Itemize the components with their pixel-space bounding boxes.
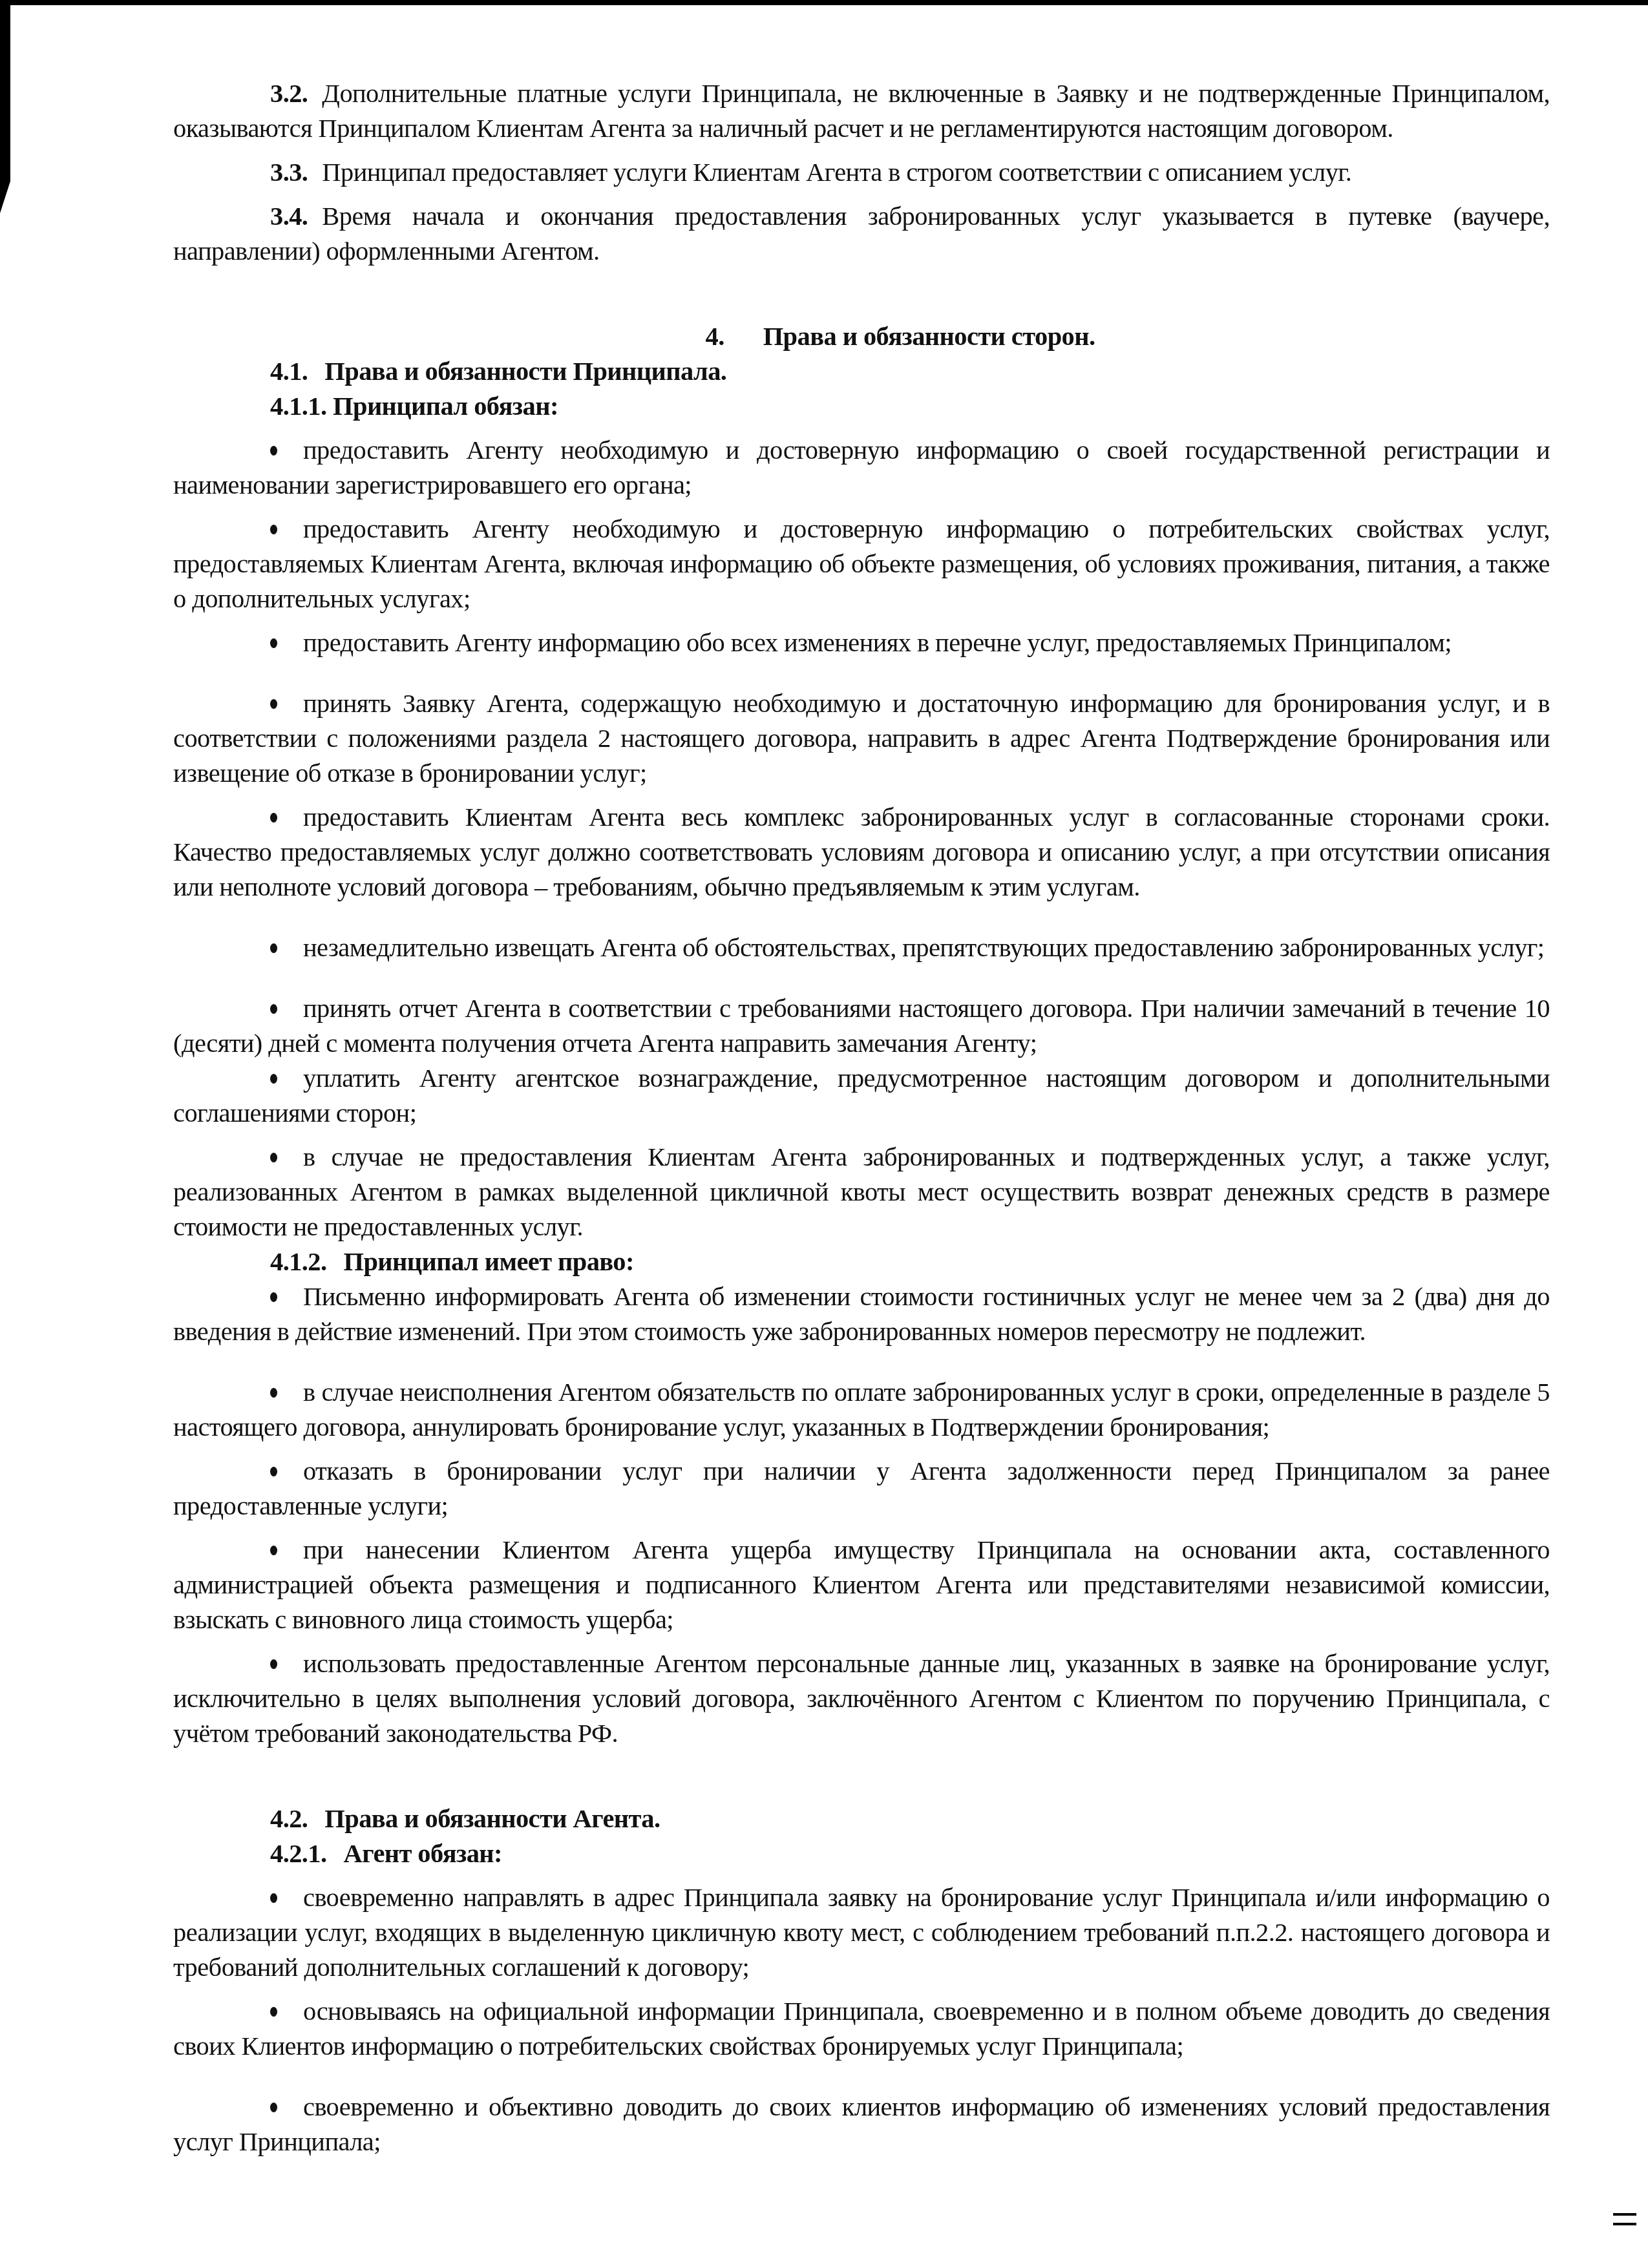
list-item-text: предоставить Агенту информацию обо всех … [303,628,1452,657]
list-item-text: незамедлительно извещать Агента об обсто… [303,933,1544,962]
principal-rights-list: Письменно информировать Агента об измене… [173,1279,1550,1751]
list-item-text: предоставить Клиентам Агента весь компле… [173,803,1550,901]
scan-edge-top [0,0,1648,5]
list-item: при нанесении Клиентом Агента ущерба иму… [173,1533,1550,1637]
bullet-icon [270,1074,277,1084]
bullet-icon [270,813,277,823]
document-page: 3.2.Дополнительные платные услуги Принци… [173,76,1550,2159]
list-item-text: уплатить Агенту агентское вознаграждение… [173,1064,1550,1128]
subsection-number: 4.1.1. [270,392,327,421]
list-item: принять отчет Агента в соответствии с тр… [173,991,1550,1061]
list-item: основываясь на официальной информации Пр… [173,1994,1550,2064]
clause-number: 3.2. [270,79,308,108]
list-item: незамедлительно извещать Агента об обсто… [173,930,1550,965]
list-item-text: предоставить Агенту необходимую и достов… [173,436,1550,499]
bullet-icon [270,1292,277,1302]
bullet-icon [270,638,277,648]
list-item: предоставить Агенту информацию обо всех … [173,625,1550,660]
bullet-icon [270,1467,277,1476]
bullet-icon [270,525,277,534]
list-item: Письменно информировать Агента об измене… [173,1279,1550,1349]
list-item-text: своевременно направлять в адрес Принципа… [173,1883,1550,1982]
list-item: отказать в бронировании услуг при наличи… [173,1454,1550,1524]
bullet-icon [270,1659,277,1669]
principal-obligations-list: предоставить Агенту необходимую и достов… [173,433,1550,1244]
list-item: в случае не предоставления Клиентам Аген… [173,1140,1550,1244]
bullet-icon [270,2103,277,2112]
bullet-icon [270,1546,277,1555]
subsection-4-1-2-heading: 4.1.2.Принципал имеет право: [173,1244,1550,1279]
subsection-number: 4.1.2. [270,1247,327,1276]
list-item: принять Заявку Агента, содержащую необхо… [173,686,1550,791]
list-item-text: предоставить Агенту необходимую и достов… [173,514,1550,613]
bullet-icon [270,1153,277,1162]
bullet-icon [270,446,277,456]
list-item-text: использовать предоставленные Агентом пер… [173,1649,1550,1748]
section-title: Права и обязанности сторон. [763,322,1095,351]
bullet-icon [270,943,277,953]
bullet-icon [270,2007,277,2017]
clause-text: Дополнительные платные услуги Принципала… [173,79,1550,143]
list-item-text: Письменно информировать Агента об измене… [173,1282,1550,1346]
list-item-text: принять Заявку Агента, содержащую необхо… [173,689,1550,788]
clause-3-4: 3.4.Время начала и окончания предоставле… [173,199,1550,269]
list-item-text: основываясь на официальной информации Пр… [173,1997,1550,2061]
bullet-icon [270,699,277,709]
subsection-title: Принципал имеет право: [344,1247,634,1276]
section-4-heading: 4.Права и обязанности сторон. [173,319,1550,354]
clause-number: 3.3. [270,158,308,187]
list-item: предоставить Агенту необходимую и достов… [173,512,1550,616]
bullet-icon [270,1893,277,1903]
subsection-number: 4.2. [270,1804,308,1833]
list-item: предоставить Агенту необходимую и достов… [173,433,1550,503]
subsection-4-2-heading: 4.2.Права и обязанности Агента. [173,1801,1550,1836]
list-item-text: при нанесении Клиентом Агента ущерба иму… [173,1535,1550,1634]
bullet-icon [270,1388,277,1398]
subsection-title: Права и обязанности Агента. [324,1804,660,1833]
bullet-icon [270,1004,277,1014]
subsection-4-2-1-heading: 4.2.1.Агент обязан: [173,1836,1550,1871]
list-item-text: в случае неисполнения Агентом обязательс… [173,1378,1550,1442]
subsection-title: Агент обязан: [344,1839,502,1868]
subsection-title: Права и обязанности Принципала. [324,357,726,386]
list-item: предоставить Клиентам Агента весь компле… [173,800,1550,905]
list-item: использовать предоставленные Агентом пер… [173,1646,1550,1751]
subsection-number: 4.2.1. [270,1839,327,1868]
subsection-title: Принципал обязан: [333,392,558,421]
subsection-4-1-heading: 4.1.Права и обязанности Принципала. [173,354,1550,389]
list-item: своевременно и объективно доводить до св… [173,2090,1550,2159]
list-item: своевременно направлять в адрес Принципа… [173,1880,1550,1985]
subsection-number: 4.1. [270,357,308,386]
clause-3-2: 3.2.Дополнительные платные услуги Принци… [173,76,1550,146]
clause-number: 3.4. [270,202,308,231]
subsection-4-1-1-heading: 4.1.1. Принципал обязан: [173,389,1550,424]
list-item-text: принять отчет Агента в соответствии с тр… [173,994,1550,1058]
list-item-text: своевременно и объективно доводить до св… [173,2092,1550,2156]
section-number: 4. [706,322,724,351]
list-item-text: отказать в бронировании услуг при наличи… [173,1456,1550,1520]
list-item: уплатить Агенту агентское вознаграждение… [173,1061,1550,1131]
clause-text: Время начала и окончания предоставления … [173,202,1550,266]
list-item: в случае неисполнения Агентом обязательс… [173,1375,1550,1445]
scan-edge-left [0,0,10,213]
scan-mark [1613,2213,1636,2216]
clause-text: Принципал предоставляет услуги Клиентам … [322,158,1351,187]
clause-3-3: 3.3.Принципал предоставляет услуги Клиен… [173,155,1550,190]
list-item-text: в случае не предоставления Клиентам Аген… [173,1142,1550,1241]
agent-obligations-list: своевременно направлять в адрес Принципа… [173,1880,1550,2159]
scan-mark [1613,2223,1636,2225]
